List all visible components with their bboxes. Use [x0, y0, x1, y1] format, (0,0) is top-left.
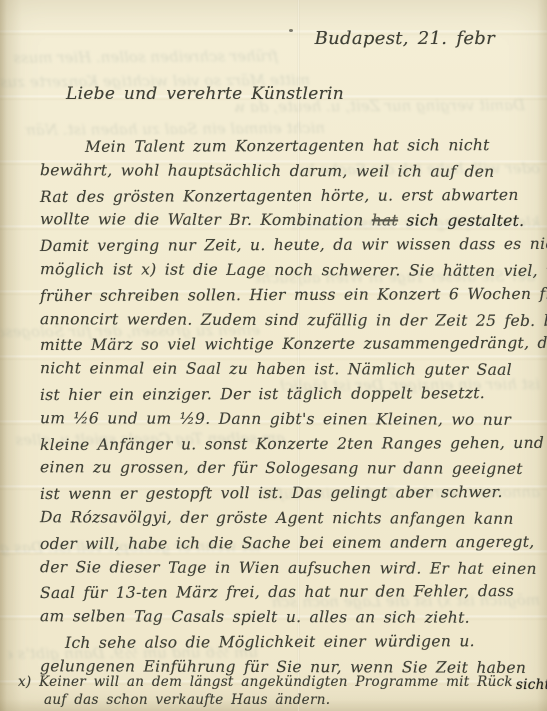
letter-line: mitte März so viel wichtige Konzerte zus… — [40, 331, 517, 358]
footnote-line-2: auf das schon verkaufte Haus ändern. — [44, 692, 330, 708]
letter-line: Damit verging nur Zeit, u. heute, da wir… — [40, 232, 517, 259]
dateline: Budapest, 21. febr — [315, 28, 495, 49]
letter-line: annoncirt werden. Zudem sind zufällig in… — [40, 307, 517, 333]
letter-line: Rat des grösten Konzertagenten hörte, u.… — [40, 183, 517, 210]
bleed-through-text: früher schreiben sollen. Hier muss ein K… — [8, 47, 278, 67]
letter-line: ist wenn er gestopft voll ist. Das gelin… — [40, 480, 517, 507]
footnote-text: x) Keiner will an dem längst angekündigt… — [18, 674, 513, 690]
letter-line: um ½6 und um ½9. Dann gibt's einen Klein… — [40, 406, 517, 432]
line-segment-overwritten: sich gestaltet. — [398, 212, 524, 230]
letter-line: bewährt, wohl hauptsächlich darum, weil … — [40, 158, 517, 184]
letter-line: kleine Anfänger u. sonst Konzerte 2ten R… — [40, 431, 517, 458]
footnote-line-1: x) Keiner will an dem längst angekündigt… — [18, 674, 547, 690]
letter-line: Da Rózsavölgyi, der gröste Agent nichts … — [40, 505, 517, 531]
footnote-inserted-word: sicht — [516, 677, 547, 693]
letter-line: möglich ist x) ist die Lage noch schwere… — [40, 257, 517, 283]
letter-line: am selben Tag Casals spielt u. alles an … — [40, 604, 517, 630]
letter-line: ist hier ein einziger. Der ist täglich d… — [40, 381, 517, 408]
salutation: Liebe und verehrte Künstlerin — [66, 84, 344, 104]
letter-line: nicht einmal ein Saal zu haben ist. Näml… — [40, 356, 517, 382]
letter-line: Mein Talent zum Konzertagenten hat sich … — [40, 133, 517, 160]
ink-speck — [289, 29, 293, 32]
letter-line: einen zu grossen, der für Sologesang nur… — [40, 456, 517, 482]
letter-line: Ich sehe also die Möglichkeit einer würd… — [40, 629, 517, 656]
letter-line: der Sie dieser Tage in Wien aufsuchen wi… — [40, 555, 517, 581]
line-segment: wollte wie die Walter Br. Kombination — [40, 211, 372, 230]
letter-page: früher schreiben sollen. Hier muss ein K… — [0, 0, 547, 711]
letter-line: oder will, habe ich die Sache bei einem … — [40, 530, 517, 557]
struck-word: hat — [372, 212, 398, 230]
letter-body: Mein Talent zum Konzertagenten hat sich … — [40, 134, 517, 680]
letter-line-with-strikethrough: wollte wie die Walter Br. Kombination ha… — [40, 208, 517, 234]
letter-line: früher schreiben sollen. Hier muss ein K… — [40, 282, 517, 309]
letter-line: Saal für 13-ten März frei, das hat nur d… — [40, 579, 517, 606]
